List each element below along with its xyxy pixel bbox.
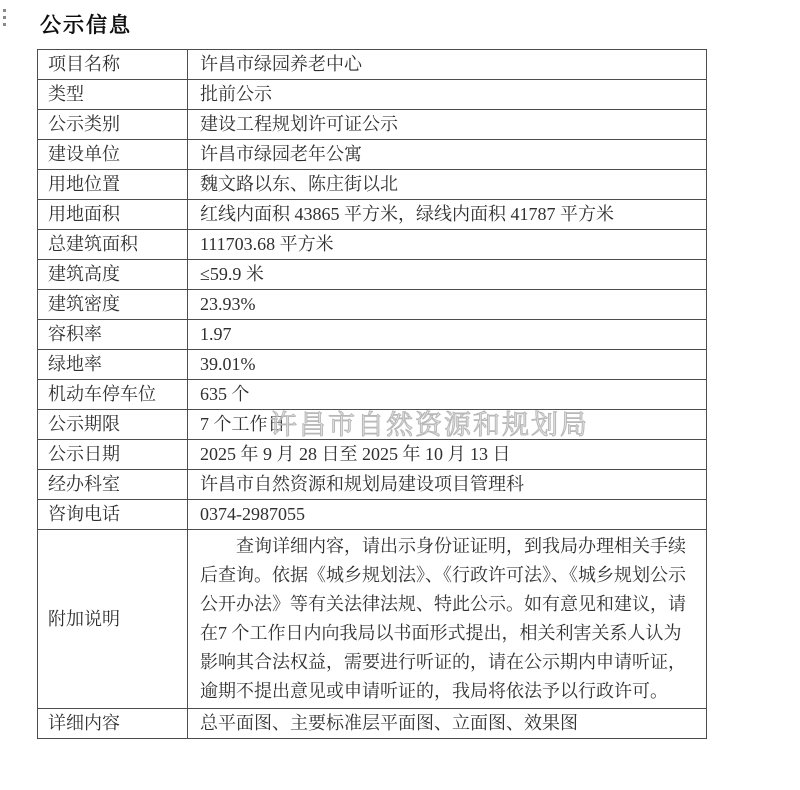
- row-label: 用地位置: [38, 170, 188, 200]
- row-label: 经办科室: [38, 470, 188, 500]
- table-row: 详细内容总平面图、主要标准层平面图、立面图、效果图: [38, 709, 707, 739]
- row-label: 容积率: [38, 320, 188, 350]
- row-label: 项目名称: [38, 50, 188, 80]
- table-row: 绿地率39.01%: [38, 350, 707, 380]
- row-label: 附加说明: [38, 530, 188, 709]
- row-label: 绿地率: [38, 350, 188, 380]
- table-row: 项目名称许昌市绿园养老中心: [38, 50, 707, 80]
- row-value: 总平面图、主要标准层平面图、立面图、效果图: [188, 709, 707, 739]
- row-label: 公示期限: [38, 410, 188, 440]
- note-paragraph: 查询详细内容，请出示身份证证明，到我局办理相关手续后查询。依据《城乡规划法》、《…: [200, 532, 698, 706]
- row-value: 许昌市自然资源和规划局建设项目管理科: [188, 470, 707, 500]
- table-row: 公示日期2025 年 9 月 28 日至 2025 年 10 月 13 日: [38, 440, 707, 470]
- row-value: 1.97: [188, 320, 707, 350]
- table-row: 公示类别建设工程规划许可证公示: [38, 110, 707, 140]
- row-value: 批前公示: [188, 80, 707, 110]
- table-row: 机动车停车位635 个: [38, 380, 707, 410]
- table-row: 建设单位许昌市绿园老年公寓: [38, 140, 707, 170]
- table-row: 附加说明查询详细内容，请出示身份证证明，到我局办理相关手续后查询。依据《城乡规划…: [38, 530, 707, 709]
- dot: [3, 9, 6, 12]
- row-label: 公示类别: [38, 110, 188, 140]
- table-row: 建筑高度≤59.9 米: [38, 260, 707, 290]
- table-row: 建筑密度23.93%: [38, 290, 707, 320]
- table-row: 经办科室许昌市自然资源和规划局建设项目管理科: [38, 470, 707, 500]
- row-label: 建设单位: [38, 140, 188, 170]
- row-label: 建筑密度: [38, 290, 188, 320]
- row-value: 111703.68 平方米: [188, 230, 707, 260]
- table-row: 用地位置魏文路以东、陈庄街以北: [38, 170, 707, 200]
- row-value: 查询详细内容，请出示身份证证明，到我局办理相关手续后查询。依据《城乡规划法》、《…: [188, 530, 707, 709]
- row-value: 635 个: [188, 380, 707, 410]
- row-value: 魏文路以东、陈庄街以北: [188, 170, 707, 200]
- row-label: 咨询电话: [38, 500, 188, 530]
- table-row: 咨询电话0374-2987055: [38, 500, 707, 530]
- row-value: 2025 年 9 月 28 日至 2025 年 10 月 13 日: [188, 440, 707, 470]
- row-value: 7 个工作日: [188, 410, 707, 440]
- row-value: 39.01%: [188, 350, 707, 380]
- row-label: 类型: [38, 80, 188, 110]
- row-label: 建筑高度: [38, 260, 188, 290]
- drag-handle-dots-icon[interactable]: [3, 9, 6, 26]
- row-value: 23.93%: [188, 290, 707, 320]
- dot: [3, 16, 6, 19]
- row-value: ≤59.9 米: [188, 260, 707, 290]
- row-label: 详细内容: [38, 709, 188, 739]
- notice-table-body: 项目名称许昌市绿园养老中心类型批前公示公示类别建设工程规划许可证公示建设单位许昌…: [38, 50, 707, 739]
- row-label: 用地面积: [38, 200, 188, 230]
- row-value: 红线内面积 43865 平方米，绿线内面积 41787 平方米: [188, 200, 707, 230]
- page-title: 公示信息: [40, 9, 132, 39]
- notice-info-table: 项目名称许昌市绿园养老中心类型批前公示公示类别建设工程规划许可证公示建设单位许昌…: [37, 49, 707, 739]
- row-value: 许昌市绿园老年公寓: [188, 140, 707, 170]
- table-row: 用地面积红线内面积 43865 平方米，绿线内面积 41787 平方米: [38, 200, 707, 230]
- table-row: 容积率1.97: [38, 320, 707, 350]
- row-label: 机动车停车位: [38, 380, 188, 410]
- table-row: 公示期限7 个工作日: [38, 410, 707, 440]
- dot: [3, 23, 6, 26]
- row-label: 总建筑面积: [38, 230, 188, 260]
- table-row: 类型批前公示: [38, 80, 707, 110]
- row-value: 建设工程规划许可证公示: [188, 110, 707, 140]
- row-value: 许昌市绿园养老中心: [188, 50, 707, 80]
- row-value: 0374-2987055: [188, 500, 707, 530]
- table-row: 总建筑面积111703.68 平方米: [38, 230, 707, 260]
- row-label: 公示日期: [38, 440, 188, 470]
